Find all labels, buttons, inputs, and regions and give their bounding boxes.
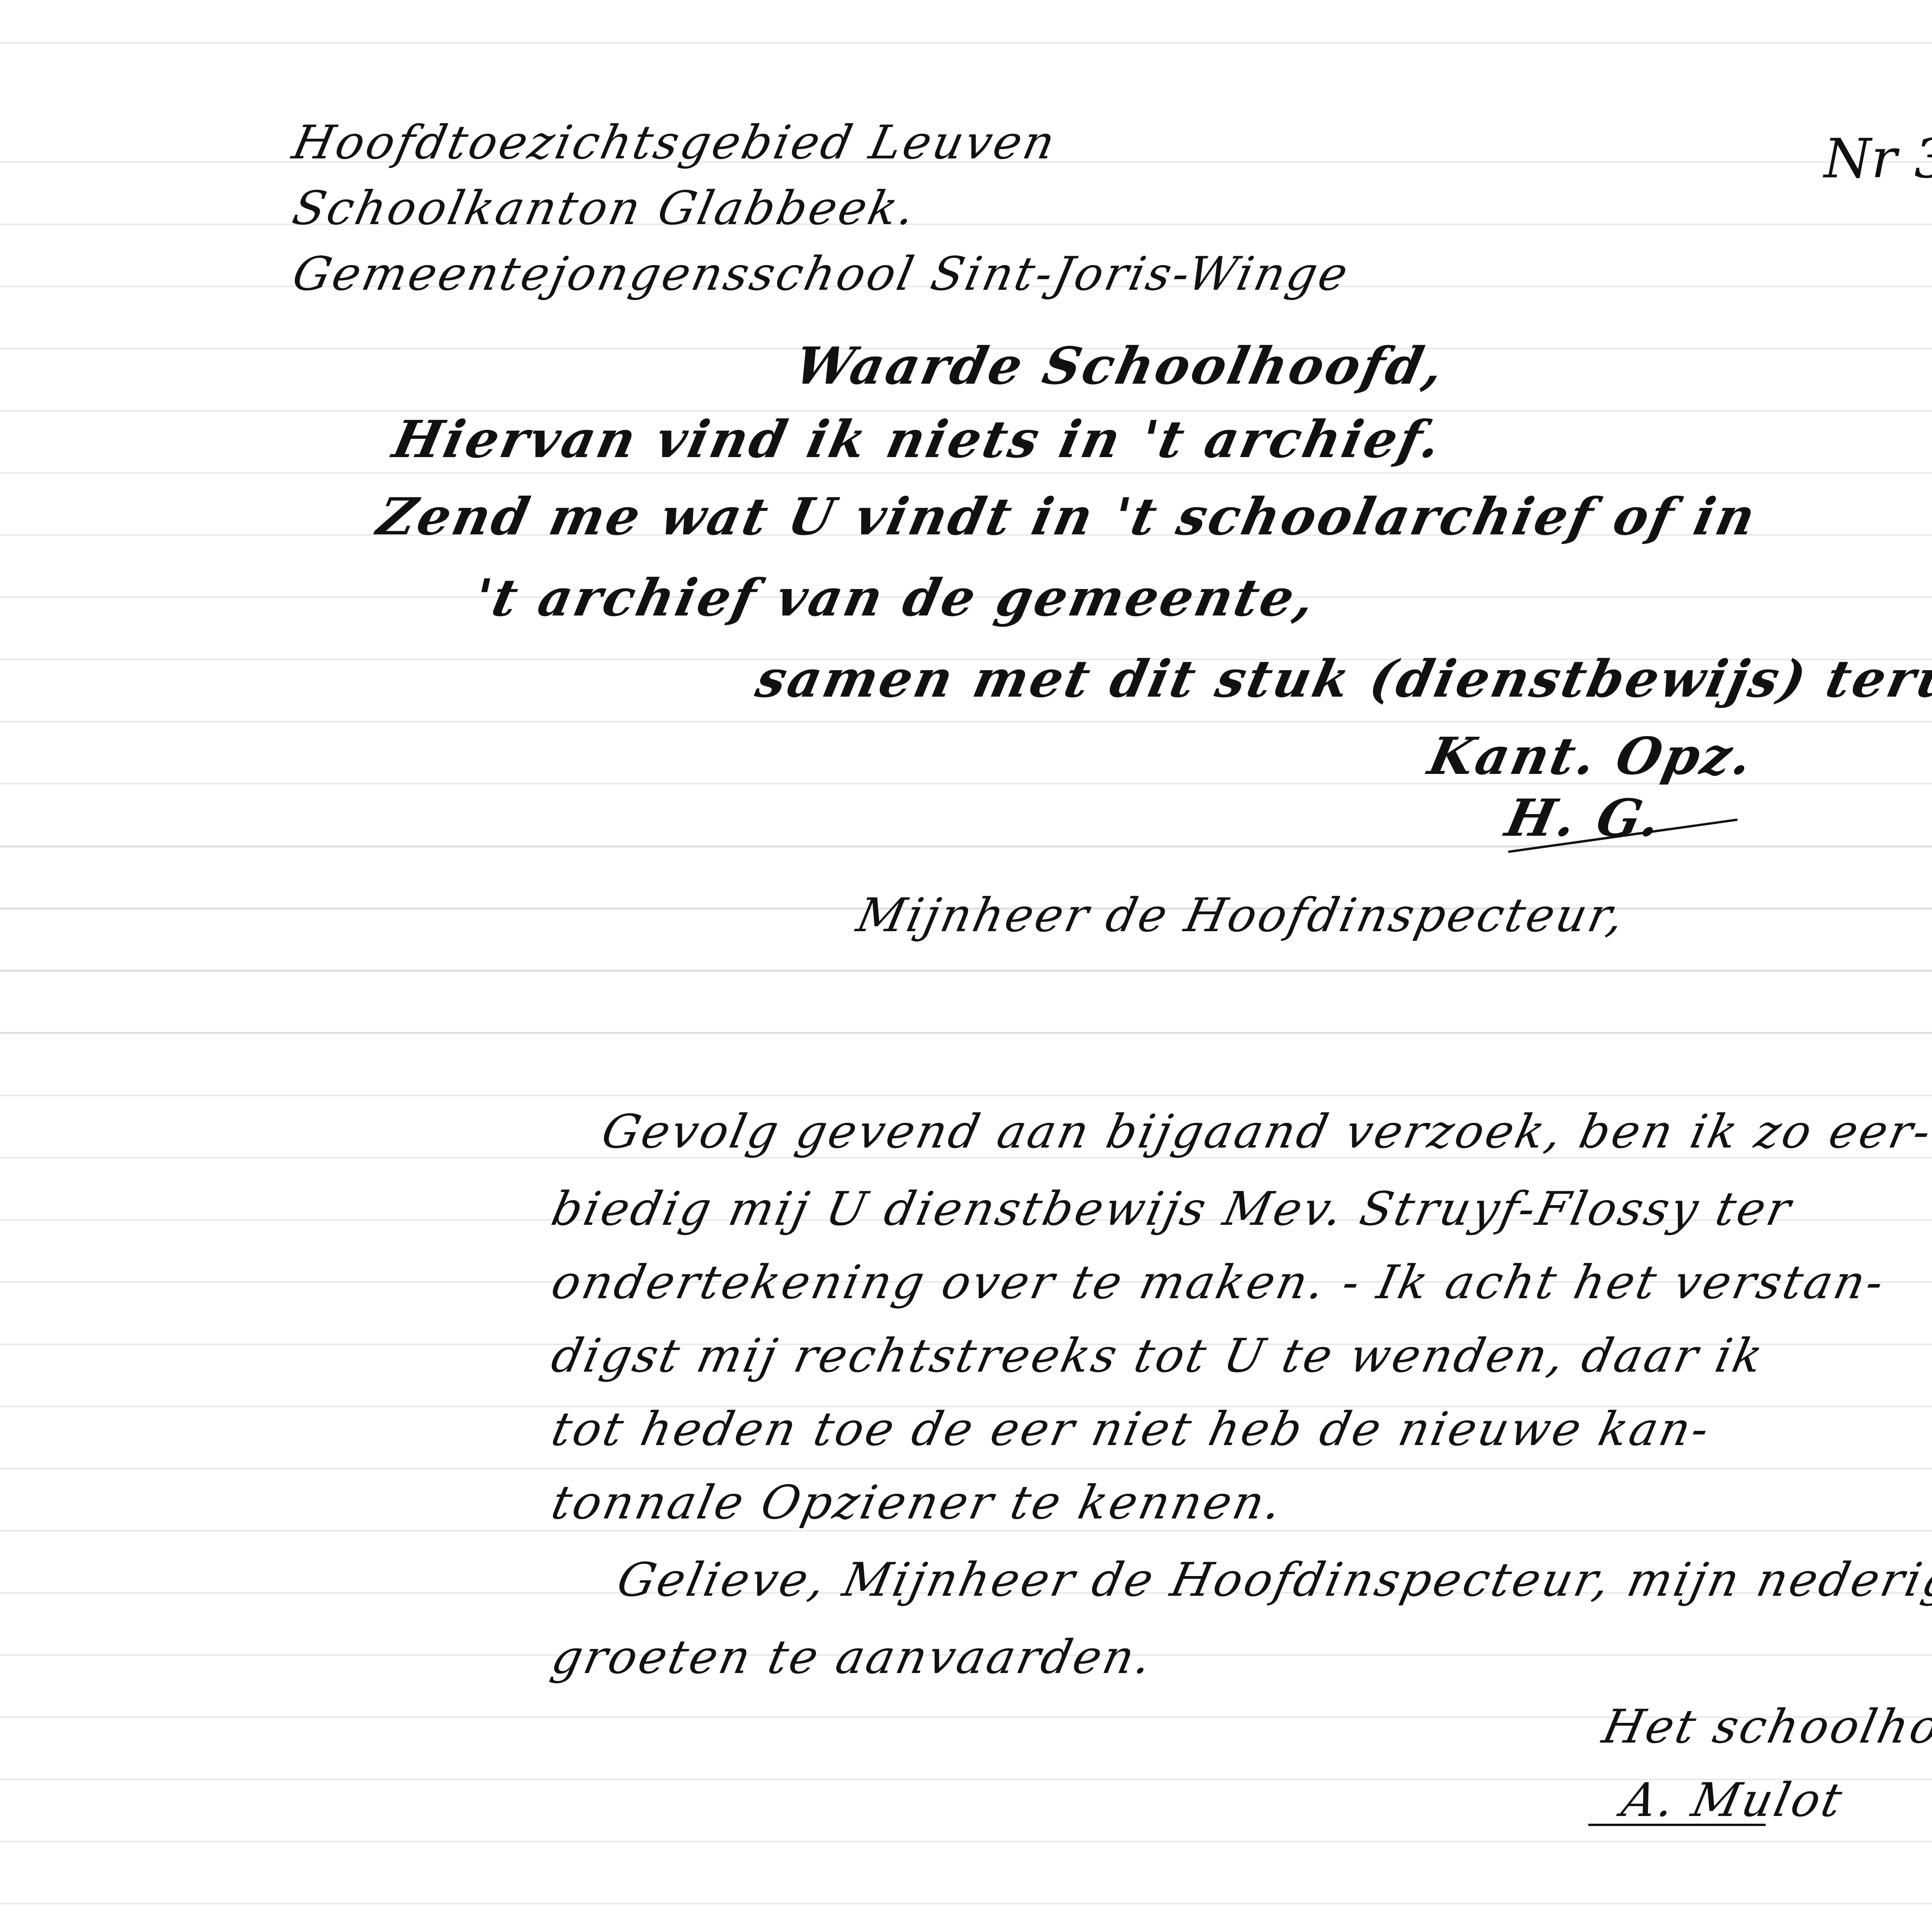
annotation-salutation: Waarde Schoolhoofd, bbox=[790, 336, 1451, 396]
letter-body-line: biedig mij U dienstbewijs Mev. Struyf-Fl… bbox=[547, 1182, 1798, 1236]
annotation-signoff: Kant. Opz. bbox=[1423, 726, 1760, 786]
letter-body-line: tonnale Opziener te kennen. bbox=[547, 1476, 1288, 1530]
letter-body-line: tot heden toe de eer niet heb de nieuwe … bbox=[547, 1403, 1716, 1456]
letter-body-line: ondertekening over te maken. - Ik acht h… bbox=[547, 1256, 1890, 1309]
letter-closing: Het schoolhoofd, bbox=[1598, 1700, 1932, 1754]
header-line-2: Schoolkanton Glabbeek. bbox=[288, 182, 922, 235]
letter-body-line: groeten te aanvaarden. bbox=[547, 1631, 1158, 1684]
annotation-line: Zend me wat U vindt in 't schoolarchief … bbox=[372, 487, 1763, 547]
annotation-initials: H. G. bbox=[1501, 788, 1668, 848]
letter-body-line: digst mij rechtstreeks tot U te wenden, … bbox=[547, 1329, 1769, 1383]
header-line-3: Gemeentejongensschool Sint-Joris-Winge bbox=[288, 247, 1354, 301]
annotation-line: Hiervan vind ik niets in 't archief. bbox=[388, 410, 1448, 469]
letter-salutation: Mijnheer de Hoofdinspecteur, bbox=[852, 889, 1631, 942]
signature-flourish bbox=[1588, 1824, 1766, 1826]
document-number: Nr 39 bbox=[1824, 128, 1932, 190]
header-line-1: Hoofdtoezichtsgebied Leuven bbox=[288, 116, 1061, 170]
annotation-line: 't archief van de gemeente, bbox=[469, 568, 1322, 628]
signature: A. Mulot bbox=[1617, 1773, 1849, 1827]
annotation-line: samen met dit stuk (dienstbewijs) terug. bbox=[751, 649, 1932, 709]
letter-body-line: Gelieve, Mijnheer de Hoofdinspecteur, mi… bbox=[612, 1553, 1932, 1607]
letter-body-line: Gevolg gevend aan bijgaand verzoek, ben … bbox=[597, 1105, 1932, 1159]
